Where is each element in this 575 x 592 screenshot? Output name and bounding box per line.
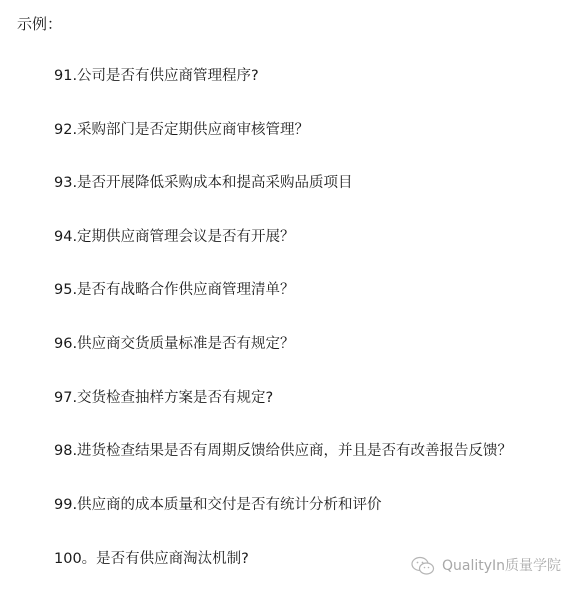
list-item: 94.定期供应商管理会议是否有开展？ bbox=[54, 227, 295, 247]
list-item: 96.供应商交货质量标准是否有规定？ bbox=[54, 334, 295, 354]
list-item: 93.是否开展降低采购成本和提高采购品质项目 bbox=[54, 173, 353, 193]
list-item: 92.采购部门是否定期供应商审核管理？ bbox=[54, 120, 309, 140]
list-item: 91.公司是否有供应商管理程序? bbox=[54, 66, 259, 86]
list-item: 98.进货检查结果是否有周期反馈给供应商，并且是否有改善报告反馈？ bbox=[54, 441, 512, 461]
watermark: QualityIn质量学院 bbox=[410, 556, 561, 576]
list-item: 95.是否有战略合作供应商管理清单？ bbox=[54, 280, 295, 300]
list-item: 100。是否有供应商淘汰机制? bbox=[54, 549, 249, 569]
list-item: 99.供应商的成本质量和交付是否有统计分析和评价 bbox=[54, 495, 382, 515]
heading: 示例： bbox=[17, 14, 62, 34]
wechat-icon bbox=[410, 556, 436, 576]
watermark-text: QualityIn质量学院 bbox=[442, 556, 561, 576]
list-item: 97.交货检查抽样方案是否有规定? bbox=[54, 388, 273, 408]
